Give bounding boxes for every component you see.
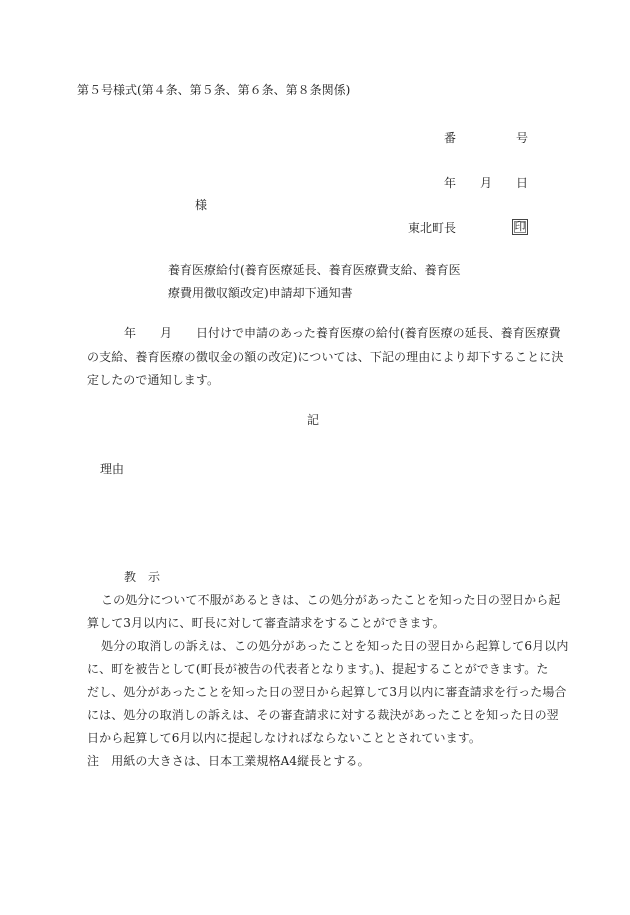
instruction-line-2: 算して3月以内に、町長に対して審査請求をすることができます。 <box>87 616 445 630</box>
addressee-suffix: 様 <box>195 198 207 212</box>
number-label-go: 号 <box>516 131 528 145</box>
seal-label: 印 <box>515 220 526 233</box>
number-label-ban: 番 <box>444 131 456 145</box>
body-line-2: の支給、養育医療の徴収金の額の改定)については、下記の理由により却下することに決 <box>87 350 563 364</box>
ki-heading: 記 <box>307 413 319 427</box>
date-year-label: 年 <box>444 176 456 190</box>
body-date-year: 年 <box>124 326 136 340</box>
instruction-line-4: に、町を被告として(町長が被告の代表者となります。)、提起することができます。た <box>87 662 548 676</box>
issuer-name: 東北町長 <box>408 221 456 235</box>
instruction-line-7: 日から起算して6月以内に提起しなければならないこととされています。 <box>87 731 481 745</box>
title-line-2: 療費用徴収額改定)申請却下通知書 <box>168 286 353 300</box>
reason-label: 理由 <box>100 462 124 476</box>
paper-size-note: 注 用紙の大きさは、日本工業規格A4縦長とする。 <box>87 754 370 768</box>
instruction-line-5: だし、処分があったことを知った日の翌日から起算して3月以内に審査請求を行った場合 <box>87 685 567 699</box>
instruction-line-6: には、処分の取消しの訴えは、その審査請求に対する裁決があったことを知った日の翌 <box>87 708 559 722</box>
instruction-heading: 教 示 <box>124 570 160 584</box>
date-month-label: 月 <box>480 176 492 190</box>
body-line-3: 定したので通知します。 <box>87 373 219 387</box>
title-line-1: 養育医療給付(養育医療延長、養育医療費支給、養育医 <box>168 263 461 277</box>
instruction-line-3: 処分の取消しの訴えは、この処分があったことを知った日の翌日から起算して6月以内 <box>101 639 568 653</box>
form-number: 第５号様式(第４条、第５条、第６条、第８条関係) <box>77 83 350 97</box>
body-date-month: 月 <box>160 326 172 340</box>
seal-stamp-box: 印 <box>512 219 528 235</box>
date-day-label: 日 <box>516 176 528 190</box>
body-line-1: 日付けで申請のあった養育医療の給付(養育医療の延長、養育医療費 <box>196 326 561 340</box>
instruction-line-1: この処分について不服があるときは、この処分があったことを知った日の翌日から起 <box>101 593 560 607</box>
